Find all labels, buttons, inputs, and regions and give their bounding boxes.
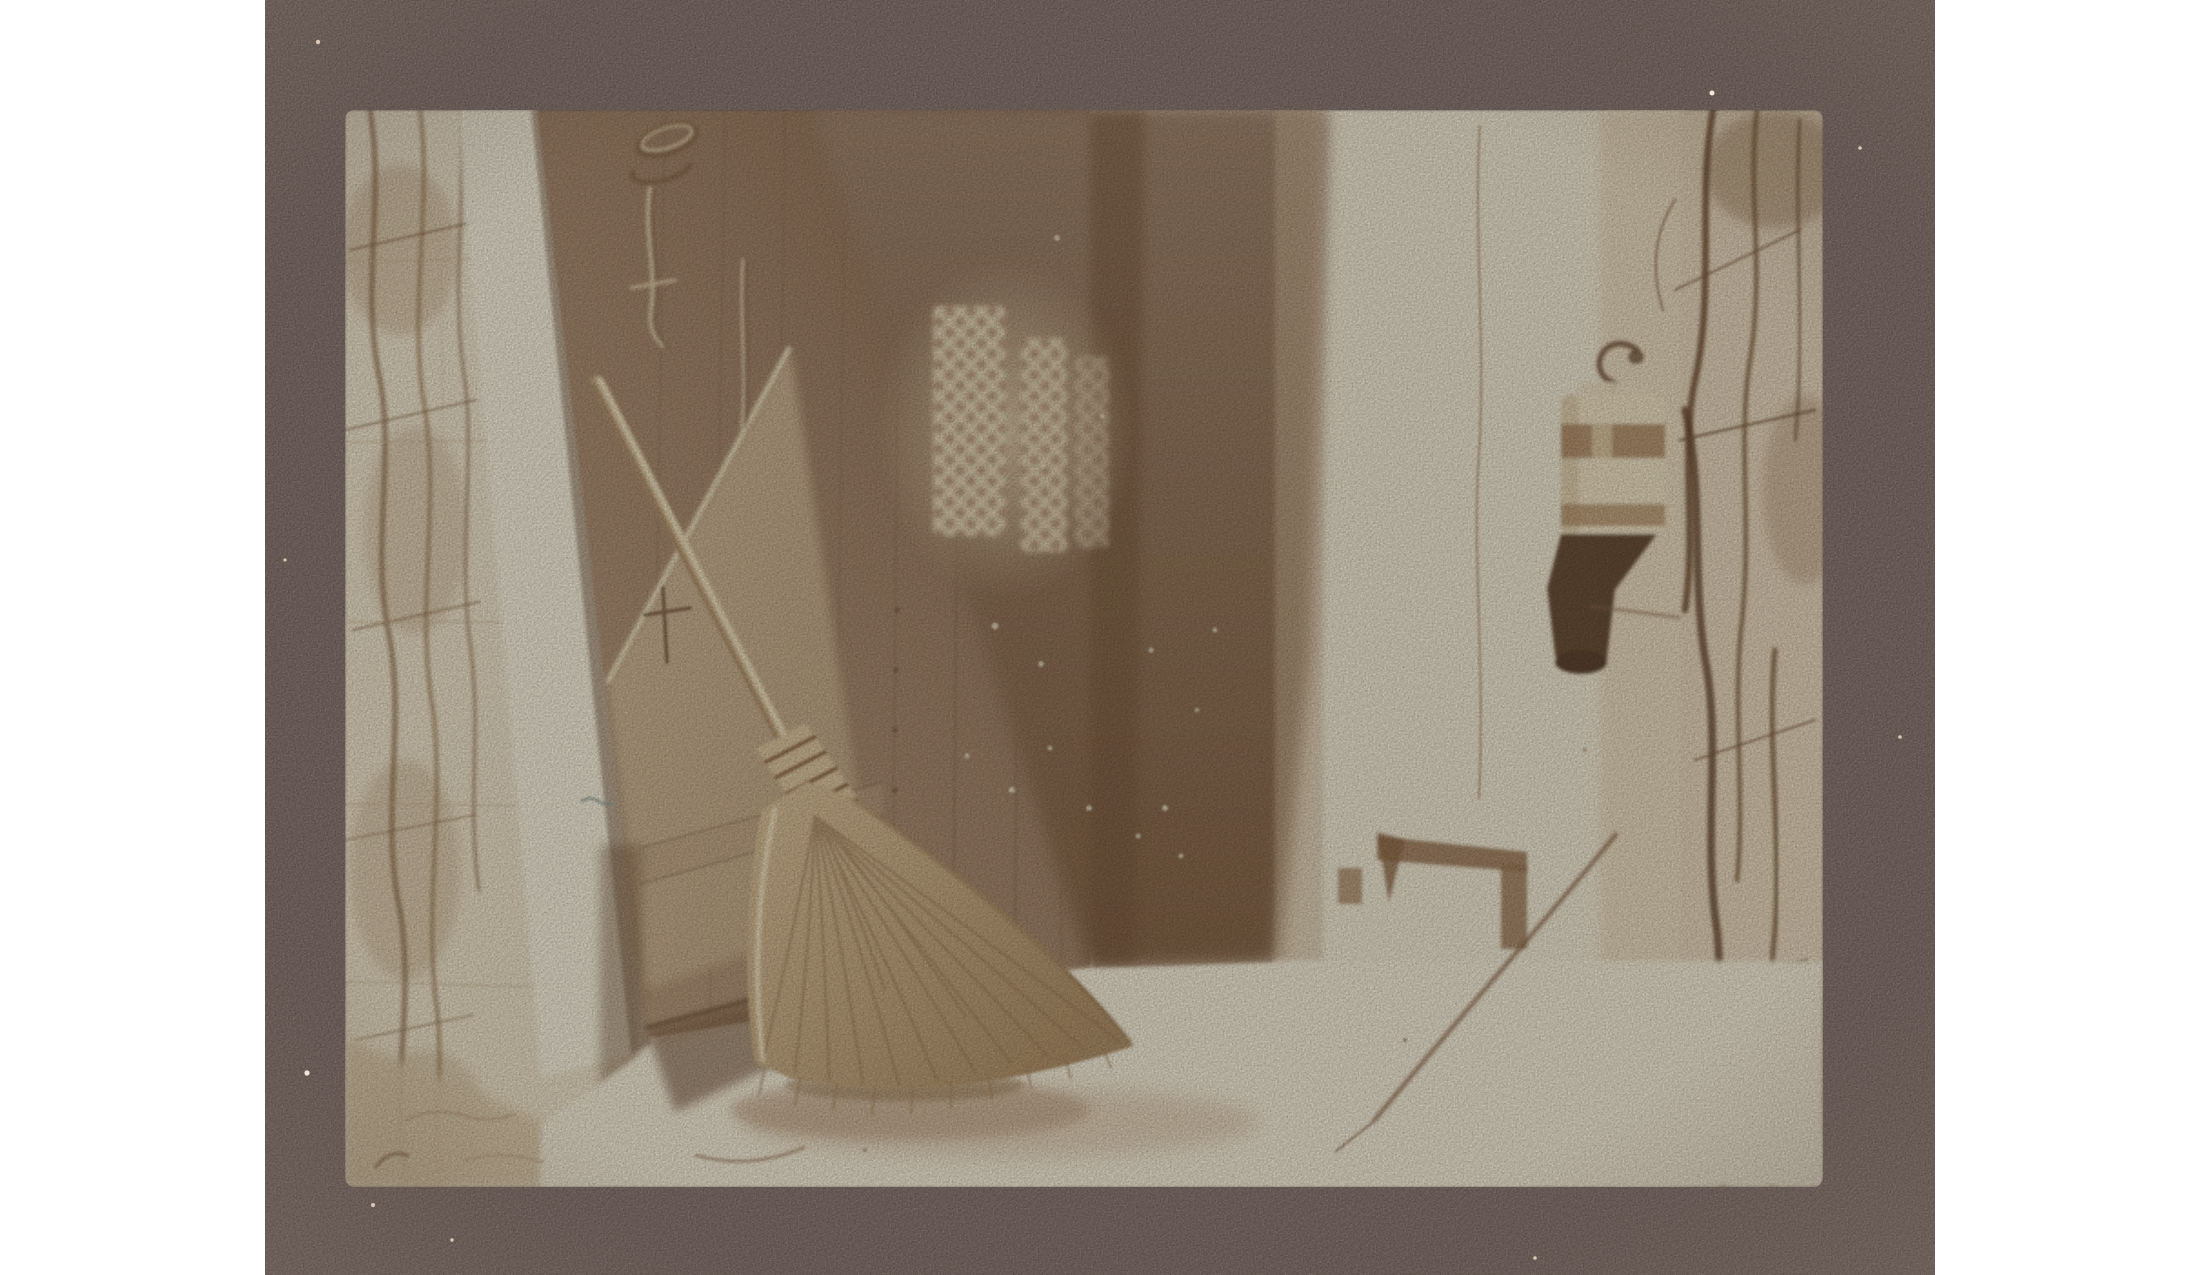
dust-speck <box>304 1070 309 1075</box>
artwork-canvas <box>0 0 2200 1275</box>
dust-speck <box>316 40 320 44</box>
dust-speck <box>283 558 286 561</box>
dust-speck <box>450 1238 453 1241</box>
photograph-print <box>342 110 1847 1190</box>
dust-speck <box>1710 91 1715 96</box>
dust-speck <box>371 1203 375 1207</box>
dust-speck <box>1533 1256 1537 1260</box>
dust-speck <box>1858 146 1862 150</box>
dust-speck <box>1898 735 1902 739</box>
print-vignette <box>345 110 1823 1187</box>
